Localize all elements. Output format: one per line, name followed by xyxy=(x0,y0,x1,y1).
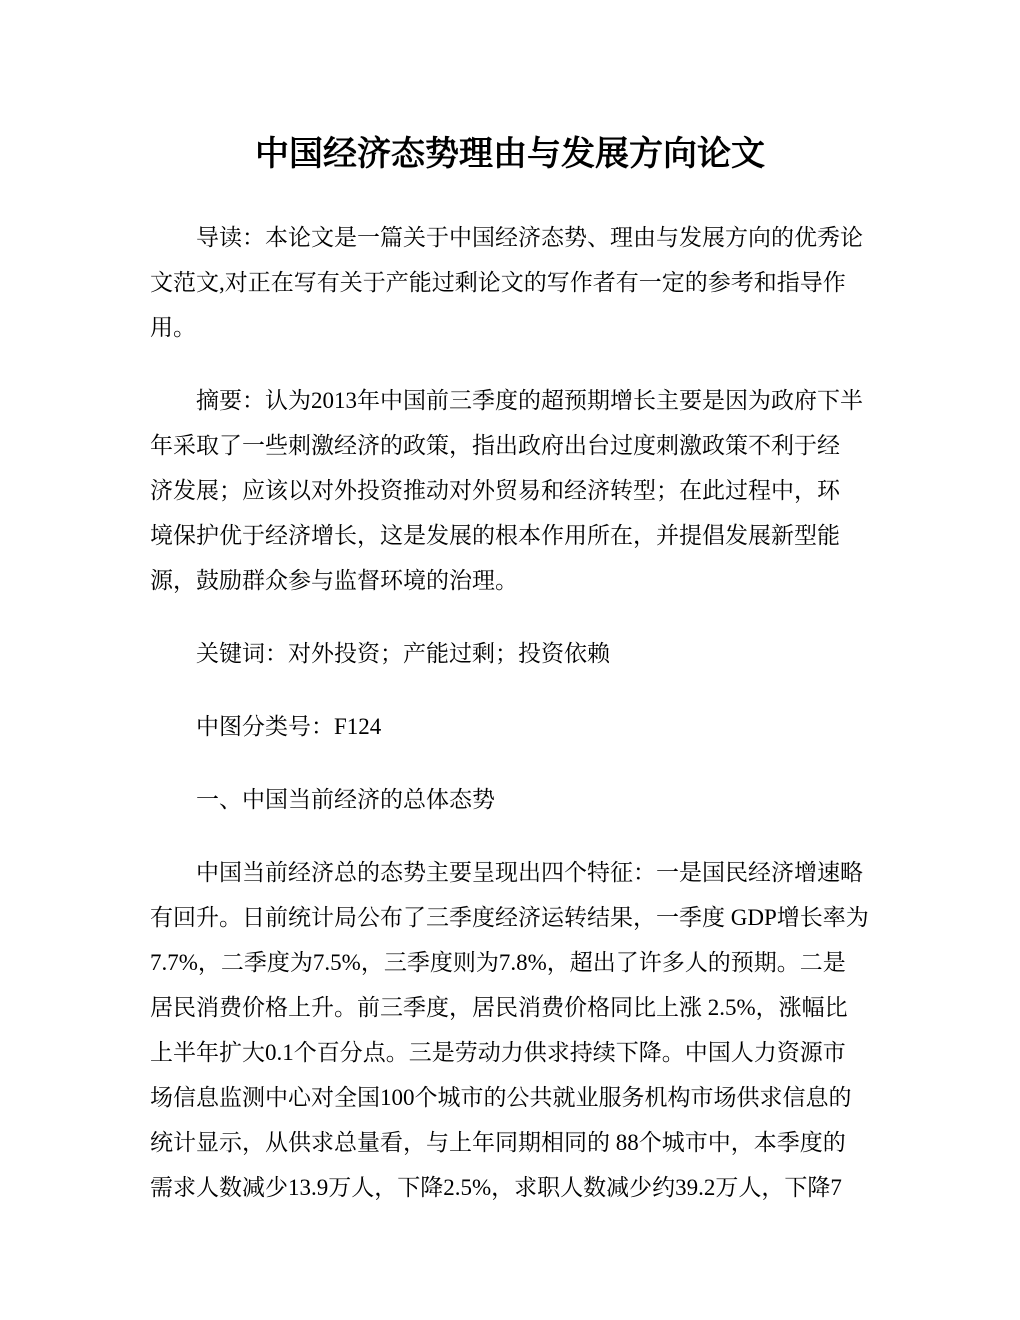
text-line: 上半年扩大0.1个百分点。三是劳动力供求持续下降。中国人力资源市 xyxy=(150,1030,870,1075)
text-line: 一、中国当前经济的总体态势 xyxy=(150,777,870,822)
intro-paragraph: 导读：本论文是一篇关于中国经济态势、理由与发展方向的优秀论文范文,对正在写有关于… xyxy=(150,215,870,350)
text-line: 摘要：认为2013年中国前三季度的超预期增长主要是因为政府下半 xyxy=(150,378,870,423)
text-line: 文范文,对正在写有关于产能过剩论文的写作者有一定的参考和指导作 xyxy=(150,260,870,305)
section-1-heading: 一、中国当前经济的总体态势 xyxy=(150,777,870,822)
text-line: 境保护优于经济增长，这是发展的根本作用所在，并提倡发展新型能 xyxy=(150,513,870,558)
text-line: 中国当前经济总的态势主要呈现出四个特征：一是国民经济增速略 xyxy=(150,850,870,895)
text-line: 有回升。日前统计局公布了三季度经济运转结果，一季度 GDP增长率为 xyxy=(150,895,870,940)
text-line: 需求人数减少13.9万人，下降2.5%，求职人数减少约39.2万人，下降7 xyxy=(150,1165,870,1210)
document-title: 中国经济态势理由与发展方向论文 xyxy=(150,130,870,180)
text-line: 居民消费价格上升。前三季度，居民消费价格同比上涨 2.5%，涨幅比 xyxy=(150,985,870,1030)
text-line: 用。 xyxy=(150,305,870,350)
text-line: 导读：本论文是一篇关于中国经济态势、理由与发展方向的优秀论 xyxy=(150,215,870,260)
text-line: 中图分类号：F124 xyxy=(150,704,870,749)
text-line: 统计显示，从供求总量看，与上年同期相同的 88个城市中，本季度的 xyxy=(150,1120,870,1165)
text-line: 7.7%，二季度为7.5%，三季度则为7.8%，超出了许多人的预期。二是 xyxy=(150,940,870,985)
document-page: 中国经济态势理由与发展方向论文 导读：本论文是一篇关于中国经济态势、理由与发展方… xyxy=(0,0,1020,1320)
clc-number-paragraph: 中图分类号：F124 xyxy=(150,704,870,749)
text-line: 关键词：对外投资；产能过剩；投资依赖 xyxy=(150,631,870,676)
document-body: 导读：本论文是一篇关于中国经济态势、理由与发展方向的优秀论文范文,对正在写有关于… xyxy=(150,215,870,1210)
section-1-body-paragraph: 中国当前经济总的态势主要呈现出四个特征：一是国民经济增速略有回升。日前统计局公布… xyxy=(150,850,870,1210)
text-line: 年采取了一些刺激经济的政策，指出政府出台过度刺激政策不利于经 xyxy=(150,423,870,468)
text-line: 源，鼓励群众参与监督环境的治理。 xyxy=(150,558,870,603)
abstract-paragraph: 摘要：认为2013年中国前三季度的超预期增长主要是因为政府下半年采取了一些刺激经… xyxy=(150,378,870,603)
keywords-paragraph: 关键词：对外投资；产能过剩；投资依赖 xyxy=(150,631,870,676)
text-line: 济发展；应该以对外投资推动对外贸易和经济转型；在此过程中，环 xyxy=(150,468,870,513)
text-line: 场信息监测中心对全国100个城市的公共就业服务机构市场供求信息的 xyxy=(150,1075,870,1120)
